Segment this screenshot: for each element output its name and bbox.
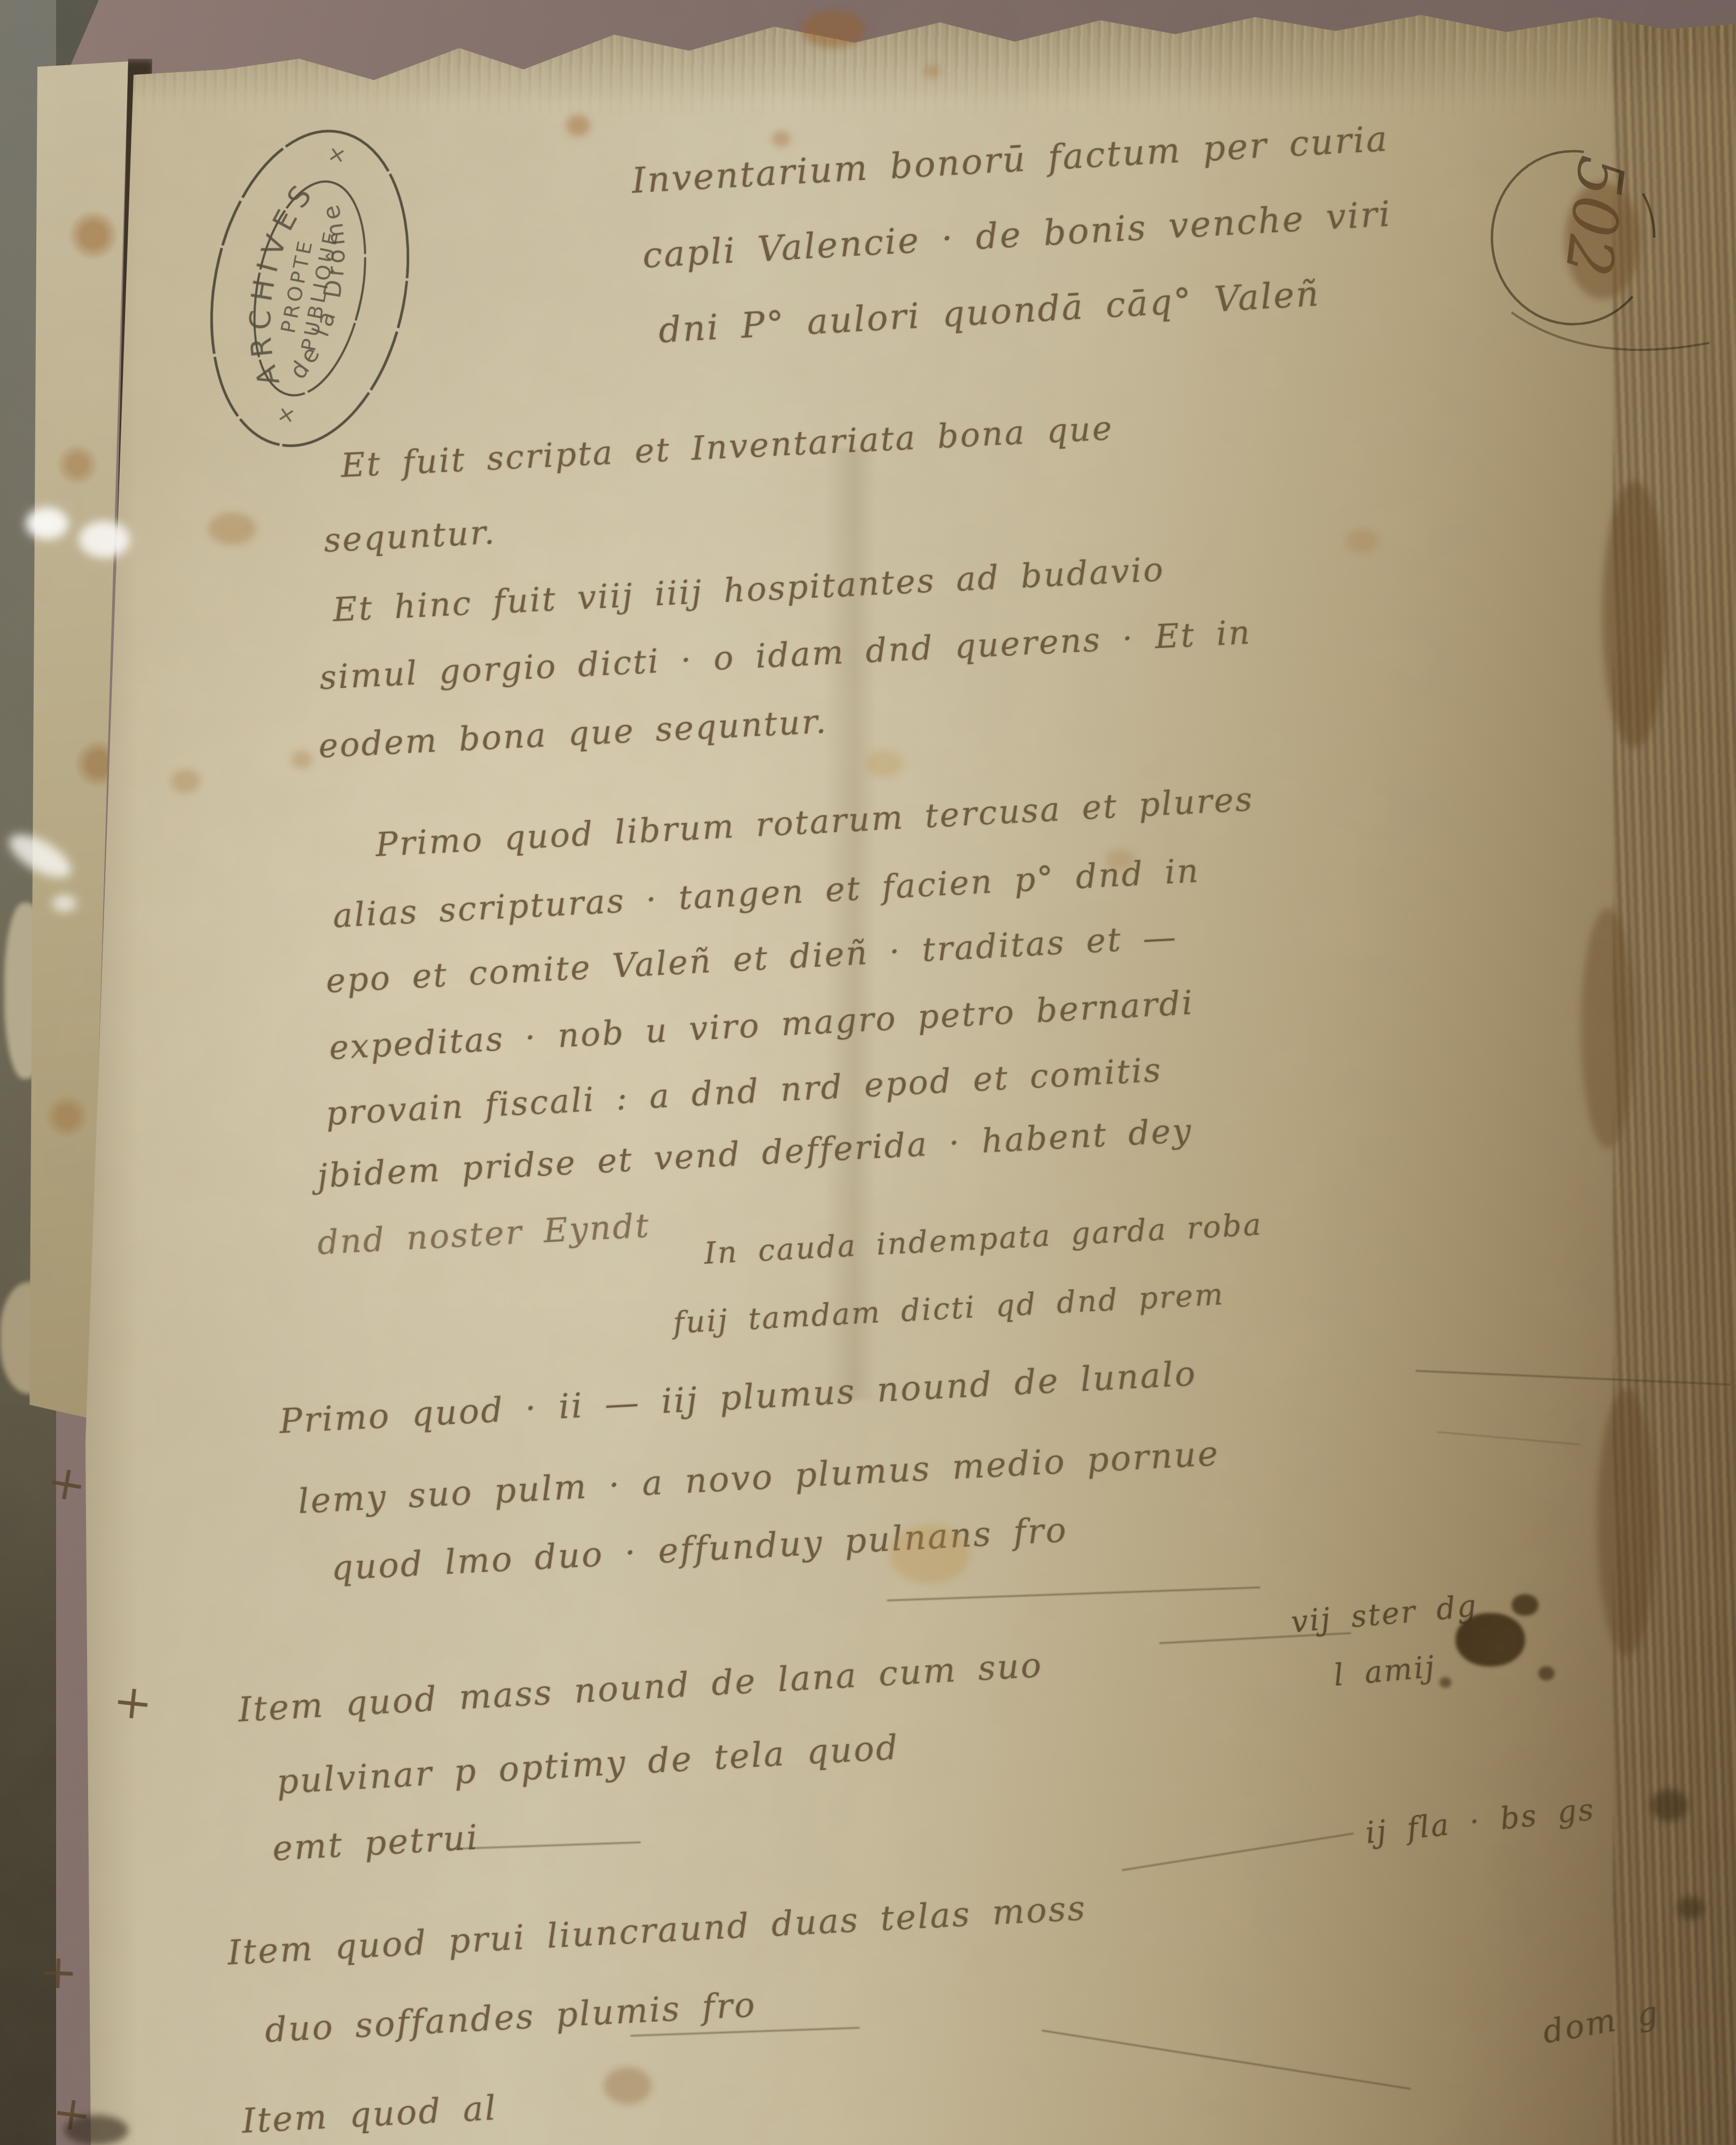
glare-reflection [52, 895, 76, 912]
glare-reflection [79, 521, 130, 558]
margin-cross-2: + [111, 1672, 155, 1731]
stain [1106, 849, 1135, 871]
stain [291, 750, 312, 769]
stain [1565, 182, 1640, 299]
stain [1602, 481, 1667, 748]
stain [772, 131, 791, 147]
stain [64, 2115, 128, 2145]
manuscript-photo: ARCHIVES de la Drôme PROPTE PUBLIQUE × ×… [0, 0, 1736, 2145]
stamp-star-left: × [272, 404, 300, 426]
ink-blot [1456, 1613, 1525, 1666]
stain [865, 750, 903, 777]
glare-reflection [26, 507, 68, 539]
ink-blot [1512, 1594, 1538, 1616]
ink-blot [1440, 1677, 1451, 1688]
stain [924, 64, 940, 78]
stain [604, 2067, 652, 2104]
stain [171, 769, 200, 793]
stain [801, 11, 865, 48]
stamp-star-right: × [323, 144, 351, 166]
stain [1581, 908, 1635, 1148]
stain [1346, 529, 1378, 553]
stain [1597, 1389, 1656, 1656]
margin-cross-3: + [37, 1944, 79, 2000]
stain [889, 1525, 969, 1584]
stain [1677, 1896, 1704, 1920]
stain [1651, 1789, 1688, 1821]
torn-top-edge-fibers [32, 13, 1736, 118]
stain [208, 513, 256, 545]
ink-blot [1538, 1666, 1554, 1680]
stain [566, 115, 590, 136]
